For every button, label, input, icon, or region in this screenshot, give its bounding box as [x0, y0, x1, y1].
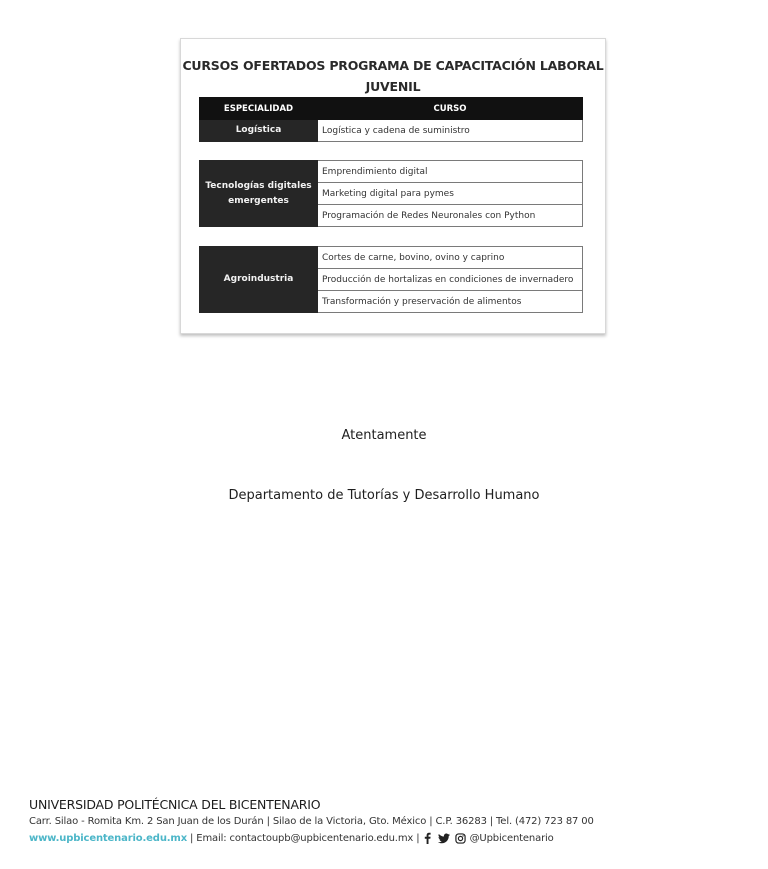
curso-cell: Programación de Redes Neuronales con Pyt…	[318, 205, 583, 227]
title-line-1: CURSOS OFERTADOS PROGRAMA DE CAPACITACIÓ…	[181, 55, 605, 76]
group-logistica: ESPECIALIDAD CURSO Logística Logística y…	[199, 97, 583, 142]
department-name: Departamento de Tutorías y Desarrollo Hu…	[0, 488, 768, 503]
header-curso: CURSO	[318, 98, 583, 120]
curso-cell: Marketing digital para pymes	[318, 183, 583, 205]
title-line-2: JUVENIL	[181, 76, 605, 97]
table-header-row: ESPECIALIDAD CURSO	[200, 98, 583, 120]
curso-cell: Logística y cadena de suministro	[318, 120, 583, 142]
curso-cell: Emprendimiento digital	[318, 161, 583, 183]
website-link[interactable]: www.upbicentenario.edu.mx	[29, 833, 187, 844]
table-title: CURSOS OFERTADOS PROGRAMA DE CAPACITACIÓ…	[181, 55, 605, 97]
table-row: Logística Logística y cadena de suminist…	[200, 120, 583, 142]
closing-text: Atentamente	[0, 428, 768, 443]
university-name: UNIVERSIDAD POLITÉCNICA DEL BICENTENARIO	[29, 796, 594, 813]
courses-table-card: CURSOS OFERTADOS PROGRAMA DE CAPACITACIÓ…	[180, 38, 606, 334]
especialidad-cell: Logística	[200, 120, 318, 142]
curso-cell: Cortes de carne, bovino, ovino y caprino	[318, 247, 583, 269]
instagram-icon[interactable]	[455, 833, 466, 844]
contact-line: www.upbicentenario.edu.mx | Email: conta…	[29, 830, 594, 847]
email-text: | Email: contactoupb@upbicentenario.edu.…	[187, 833, 422, 844]
especialidad-cell: Agroindustria	[200, 247, 318, 313]
group-agroindustria: Agroindustria Cortes de carne, bovino, o…	[199, 246, 583, 313]
social-handle[interactable]: @Upbicentenario	[470, 833, 554, 844]
header-especialidad: ESPECIALIDAD	[200, 98, 318, 120]
curso-cell: Producción de hortalizas en condiciones …	[318, 269, 583, 291]
table-row: Tecnologías digitales emergentes Emprend…	[200, 161, 583, 183]
group-tecnologias: Tecnologías digitales emergentes Emprend…	[199, 160, 583, 227]
footer: UNIVERSIDAD POLITÉCNICA DEL BICENTENARIO…	[29, 796, 594, 847]
address: Carr. Silao - Romita Km. 2 San Juan de l…	[29, 813, 594, 830]
especialidad-cell: Tecnologías digitales emergentes	[200, 161, 318, 227]
facebook-icon[interactable]	[423, 832, 432, 844]
curso-cell: Transformación y preservación de aliment…	[318, 291, 583, 313]
twitter-icon[interactable]	[438, 833, 450, 844]
table-row: Agroindustria Cortes de carne, bovino, o…	[200, 247, 583, 269]
